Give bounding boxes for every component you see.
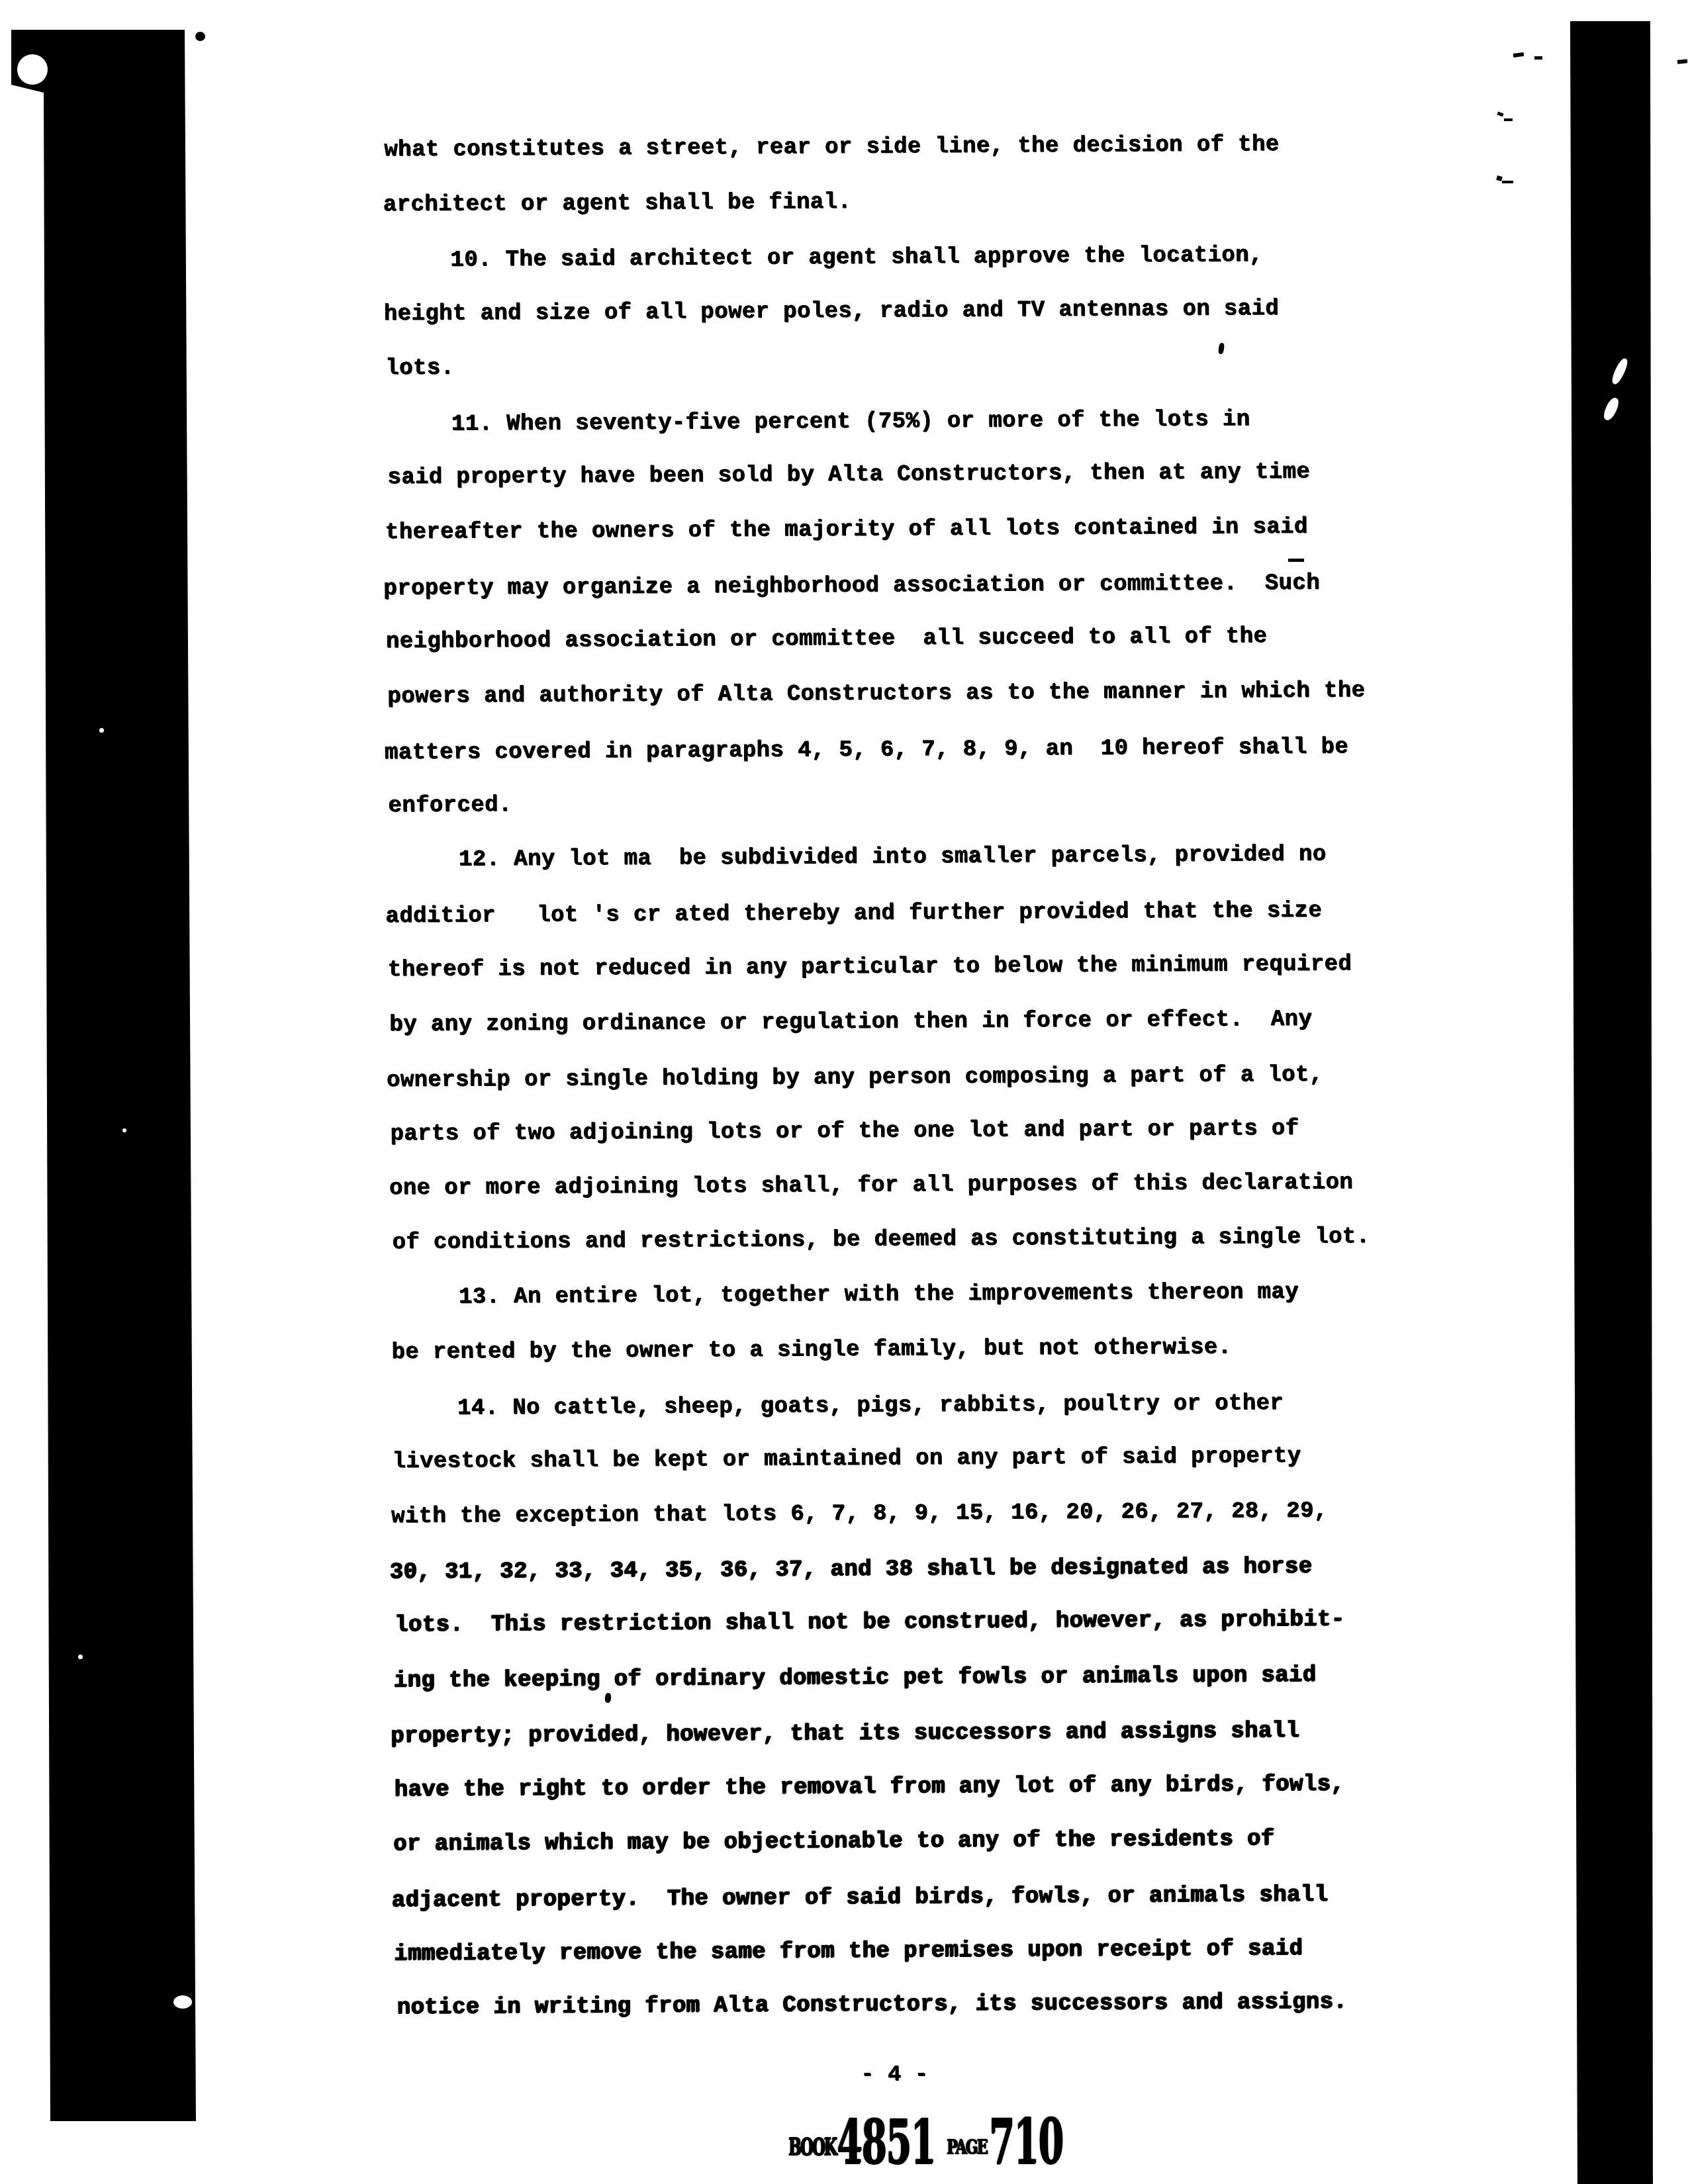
ink-speck-underscore bbox=[1288, 559, 1304, 562]
text-line: said property have been sold by Alta Con… bbox=[387, 444, 1420, 505]
text-line: be rented by the owner to a single famil… bbox=[391, 1319, 1424, 1380]
text-line: lots. This restriction shall not be cons… bbox=[395, 1592, 1427, 1653]
text-line: enforced. bbox=[388, 773, 1421, 834]
ink-speck-dash bbox=[1677, 59, 1688, 64]
bar-void bbox=[99, 728, 104, 733]
scan-artifact-right-bar bbox=[1570, 21, 1655, 2184]
text-line: powers and authority of Alta Constructor… bbox=[387, 663, 1420, 724]
bar-void bbox=[122, 1128, 126, 1132]
text-line: lots. bbox=[385, 336, 1418, 396]
ink-speck-dash bbox=[1513, 52, 1524, 58]
text-line: thereafter the owners of the majority of… bbox=[385, 500, 1418, 561]
text-line: by any zoning ordinance or regulation th… bbox=[389, 991, 1422, 1052]
text-line: 30, 31, 32, 33, 34, 35, 36, 37, and 38 s… bbox=[389, 1539, 1422, 1600]
text-line: ownership or single holding by any perso… bbox=[387, 1048, 1419, 1109]
text-line: 10. The said architect or agent shall ap… bbox=[381, 228, 1414, 289]
text-line: property; provided, however, that its su… bbox=[391, 1704, 1423, 1764]
text-line: 13. An entire lot, together with the imp… bbox=[390, 1265, 1423, 1326]
text-line: property may organize a neighborhood ass… bbox=[383, 555, 1416, 616]
text-line: thereof is not reduced in any particular… bbox=[388, 936, 1421, 997]
text-line: ing the keeping of ordinary domestic pet… bbox=[393, 1647, 1426, 1708]
text-line: livestock shall be kept or maintained on… bbox=[392, 1429, 1425, 1490]
ink-speck-dash bbox=[1504, 118, 1513, 121]
document-body: what constitutes a street, rear or side … bbox=[383, 116, 1427, 2036]
text-line: 11. When seventy-five percent (75%) or m… bbox=[383, 391, 1415, 452]
scanned-page: what constitutes a street, rear or side … bbox=[0, 0, 1688, 2184]
text-line: what constitutes a street, rear or side … bbox=[384, 116, 1417, 177]
text-line: have the right to order the removal from… bbox=[394, 1756, 1427, 1817]
bar-void bbox=[173, 1995, 192, 2009]
text-line: matters covered in paragraphs 4, 5, 6, 7… bbox=[385, 719, 1417, 780]
ink-speck-tick bbox=[1497, 112, 1503, 117]
stamp-page-number: 710 bbox=[989, 2110, 1063, 2172]
ink-speck-dot bbox=[195, 32, 205, 41]
text-line: immediately remove the same from the pre… bbox=[394, 1921, 1427, 1981]
text-line: or animals which may be objectionable to… bbox=[393, 1811, 1426, 1872]
text-line: notice in writing from Alta Constructors… bbox=[397, 1975, 1429, 2036]
bar-void bbox=[17, 54, 48, 85]
text-line: height and size of all power poles, radi… bbox=[384, 281, 1417, 341]
stamp-page-label: PAGE bbox=[947, 2135, 987, 2158]
ink-speck-dash bbox=[1502, 181, 1513, 183]
text-line: 12. Any lot ma be subdivided into smalle… bbox=[390, 827, 1423, 887]
bar-void bbox=[78, 1655, 83, 1659]
text-line: additior lot 's cr ated thereby and furt… bbox=[385, 884, 1418, 944]
text-line: parts of two adjoining lots or of the on… bbox=[390, 1101, 1423, 1161]
text-line: 14. No cattle, sheep, goats, pigs, rabbi… bbox=[389, 1375, 1421, 1436]
ink-speck-dash bbox=[1534, 56, 1542, 60]
text-line: one or more adjoining lots shall, for al… bbox=[389, 1156, 1422, 1216]
text-line: adjacent property. The owner of said bir… bbox=[391, 1867, 1424, 1928]
stamp-book-label: BOOK bbox=[788, 2134, 835, 2160]
scan-artifact-left-bar bbox=[11, 30, 198, 2121]
text-line: neighborhood association or committee al… bbox=[386, 609, 1419, 670]
page-number: - 4 - bbox=[861, 2062, 928, 2087]
stamp-book-number: 4851 bbox=[837, 2111, 935, 2172]
text-line: with the exception that lots 6, 7, 8, 9,… bbox=[391, 1483, 1424, 1544]
text-line: architect or agent shall be final. bbox=[383, 171, 1416, 232]
text-line: of conditions and restrictions, be deeme… bbox=[392, 1209, 1425, 1270]
